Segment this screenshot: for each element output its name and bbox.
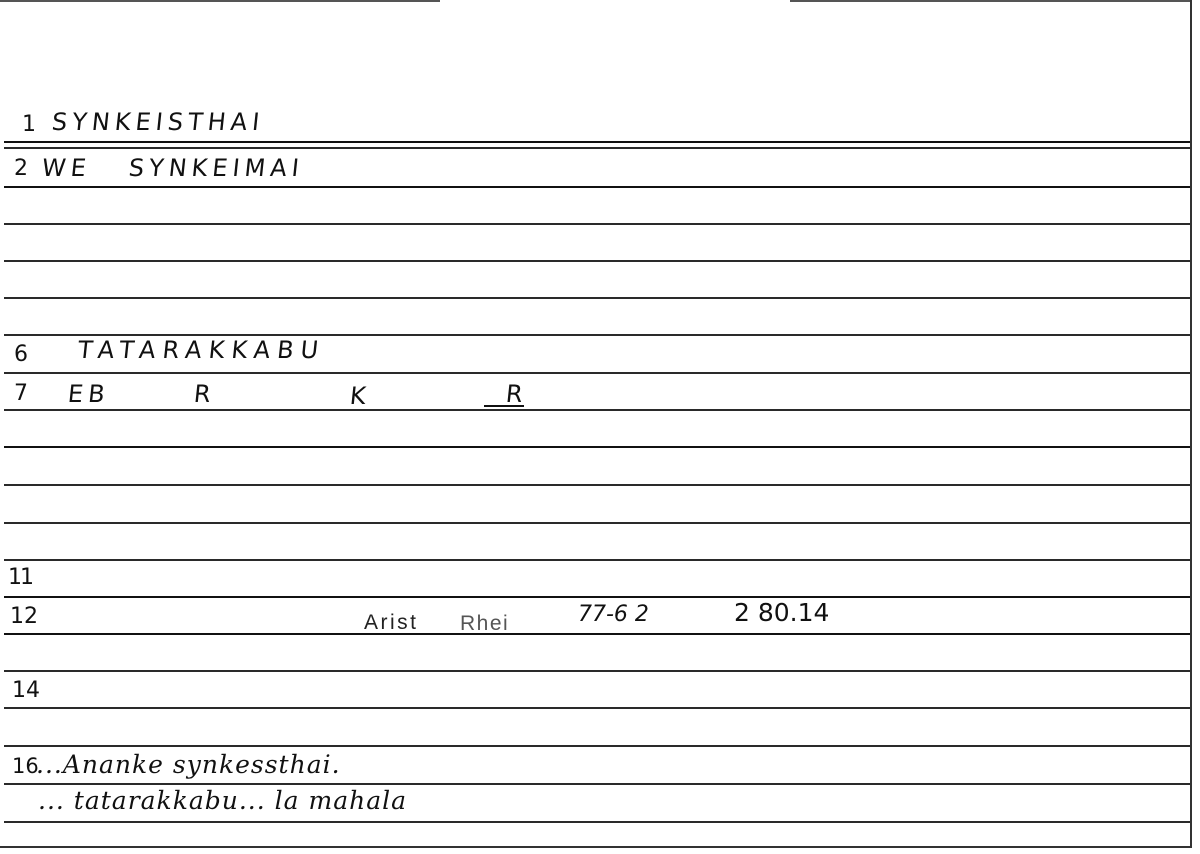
card-bottom-border xyxy=(0,846,1191,848)
ruled-line xyxy=(4,484,1190,486)
sign-column-4: R xyxy=(505,380,530,408)
ruled-line xyxy=(4,297,1190,299)
card-top-border-right xyxy=(790,0,1191,2)
reference-number: 77-6 2 xyxy=(578,602,649,627)
index-card: 1 SYNKEISTHAI 2 WE SYNKEIMAI 6 TATARAKKA… xyxy=(0,0,1200,854)
card-top-border-left xyxy=(0,0,440,2)
line-number-7: 7 xyxy=(14,381,28,406)
ruled-line xyxy=(4,633,1190,635)
headword: SYNKEISTHAI xyxy=(51,108,266,136)
ruled-line xyxy=(4,223,1190,225)
transliteration-line: WE SYNKEIMAI xyxy=(41,154,306,182)
ruled-line xyxy=(4,147,1190,149)
source-work: Rhei xyxy=(460,612,509,636)
ruled-line xyxy=(4,522,1190,524)
ruled-line xyxy=(4,596,1190,598)
ruled-line xyxy=(4,559,1190,561)
quotation-line-2: ... tatarakkabu... la mahala xyxy=(38,786,407,815)
ruled-line xyxy=(4,446,1190,448)
card-right-border xyxy=(1190,0,1192,848)
ruled-line xyxy=(4,821,1190,823)
ruled-line xyxy=(4,141,1190,143)
sign-column-3: K xyxy=(349,382,373,410)
ruled-line xyxy=(4,372,1190,374)
ruled-line xyxy=(4,670,1190,672)
ruled-line xyxy=(4,409,1190,411)
line-number-14: 14 xyxy=(12,678,40,703)
ruled-line xyxy=(4,260,1190,262)
line-number-11: 11 xyxy=(8,565,32,590)
ruled-line xyxy=(4,783,1190,785)
reference-page: 2 80.14 xyxy=(734,598,829,627)
line-number-12: 12 xyxy=(10,604,38,629)
sign-underline xyxy=(484,405,524,407)
line-number-2: 2 xyxy=(14,156,28,181)
sumerian-reading: TATARAKKABU xyxy=(77,336,327,364)
ruled-line xyxy=(4,186,1190,188)
line-number-1: 1 xyxy=(22,112,36,137)
source-author: Arist xyxy=(364,611,419,635)
ruled-line xyxy=(4,745,1190,747)
sign-column-1: EB xyxy=(67,380,112,408)
line-number-6: 6 xyxy=(14,342,28,367)
line-number-16: 16 xyxy=(12,754,39,778)
ruled-line xyxy=(4,707,1190,709)
quotation-line-1: ...Ananke synkessthai. xyxy=(36,750,341,779)
sign-column-2: R xyxy=(193,380,218,408)
